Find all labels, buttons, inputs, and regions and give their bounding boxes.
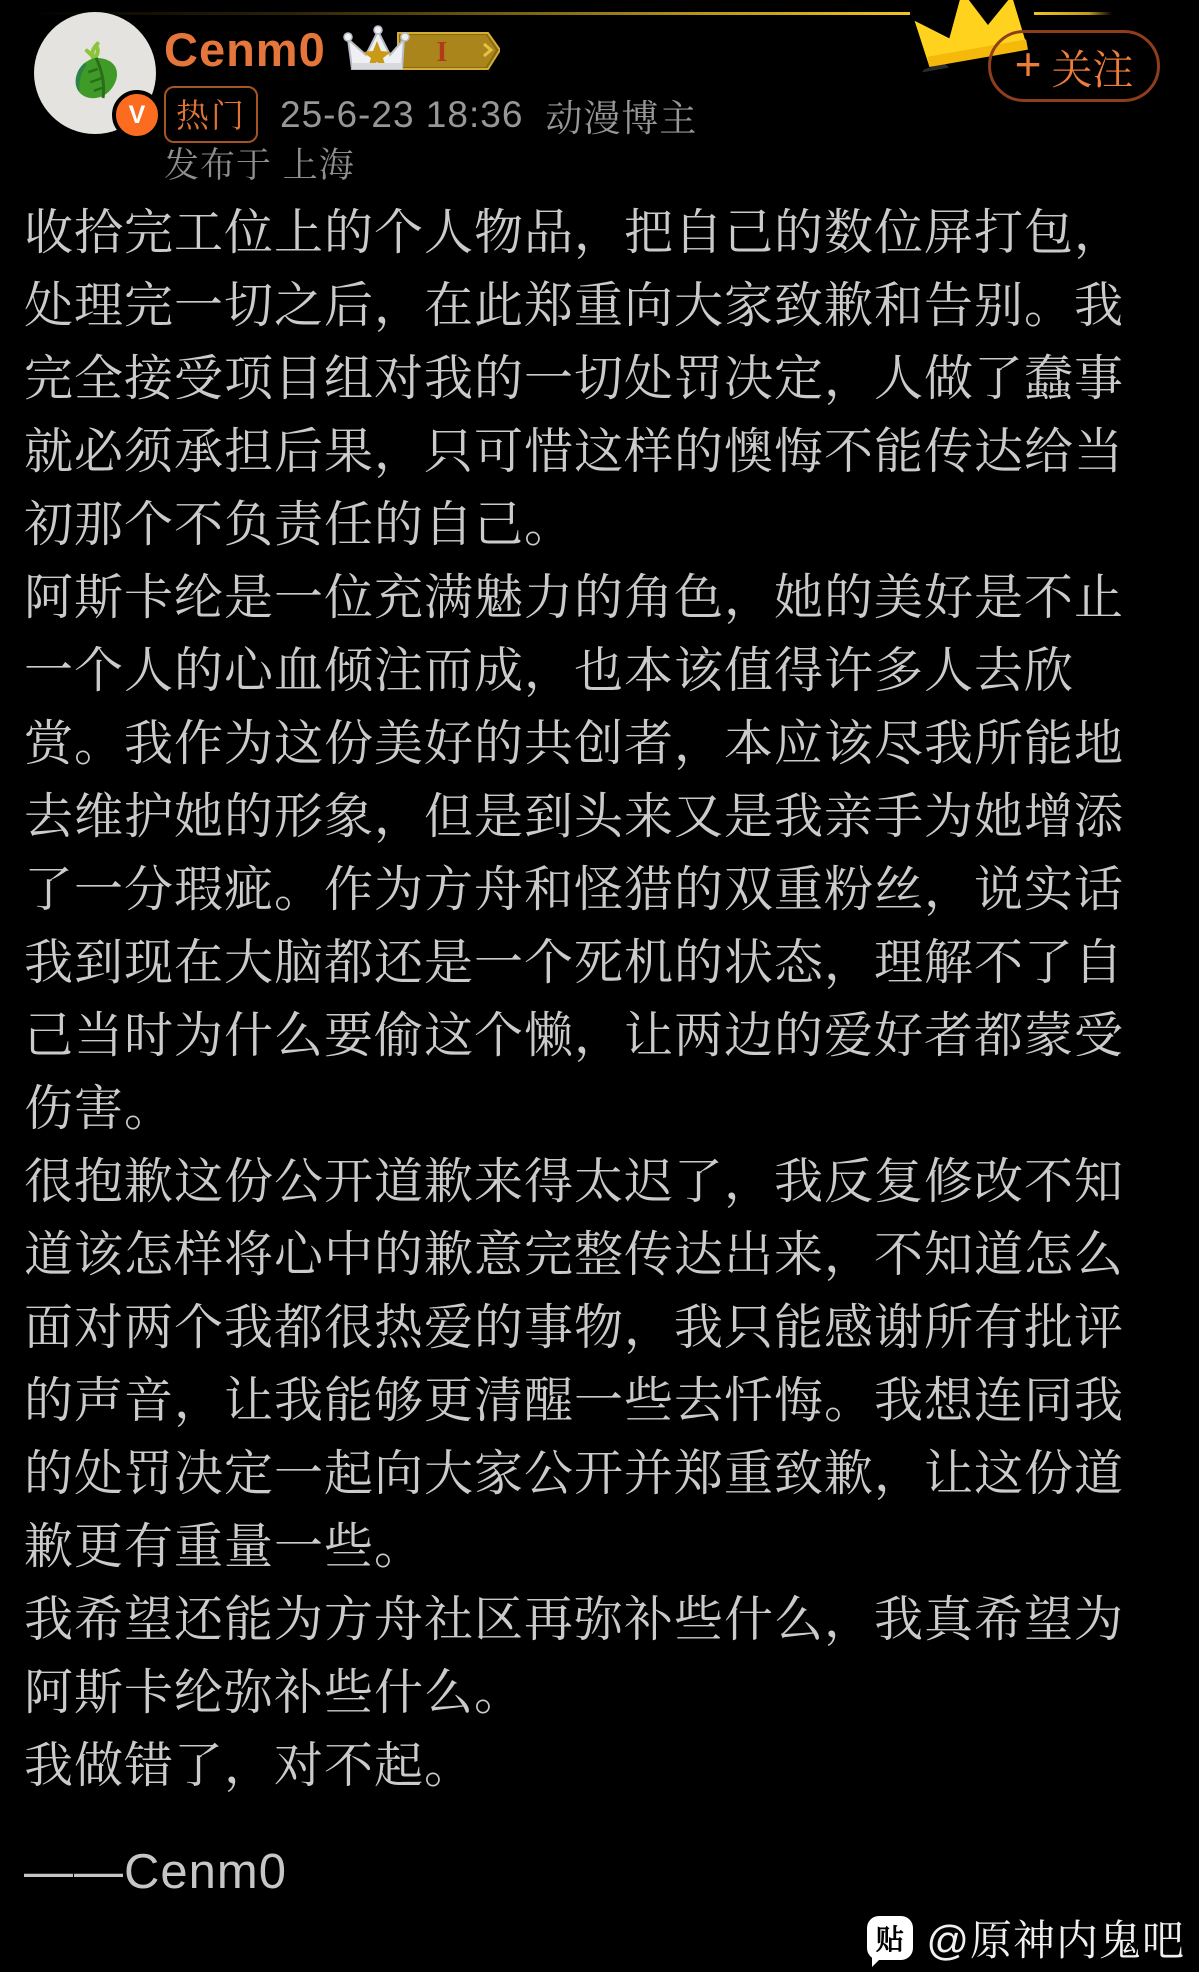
verified-badge: V <box>112 90 162 140</box>
svg-text:I: I <box>436 37 447 68</box>
gold-divider-line-left <box>28 12 910 15</box>
vip-crown-badge[interactable]: I <box>342 25 500 75</box>
post-line: 阿斯卡纶弥补些什么。 <box>24 1657 1179 1730</box>
username[interactable]: Cenm0 <box>164 22 326 77</box>
watermark-handle: @原神内鬼吧 <box>926 1908 1185 1968</box>
post-line: 的声音，让我能够更清醒一些去忏悔。我想连同我 <box>24 1365 1179 1438</box>
post-line: 的处罚决定一起向大家公开并郑重致歉，让这份道 <box>24 1438 1179 1511</box>
post-line: 很抱歉这份公开道歉来得太迟了，我反复修改不知 <box>24 1146 1179 1219</box>
post-line: 阿斯卡纶是一位充满魅力的角色，她的美好是不止 <box>24 562 1179 635</box>
post-timestamp: 25-6-23 18:36 <box>280 94 523 136</box>
post-line: 收拾完工位上的个人物品，把自己的数位屏打包， <box>24 197 1179 270</box>
post-line: 去维护她的形象，但是到头来又是我亲手为她增添 <box>24 781 1179 854</box>
post-line: 处理完一切之后，在此郑重向大家致歉和告别。我 <box>24 270 1179 343</box>
gold-divider-line-right <box>1034 12 1112 15</box>
post-line: 一个人的心血倾注而成，也本该值得许多人去欣 <box>24 635 1179 708</box>
post-line: 我希望还能为方舟社区再弥补些什么，我真希望为 <box>24 1584 1179 1657</box>
post-line: 完全接受项目组对我的一切处罚决定，人做了蠢事 <box>24 343 1179 416</box>
post-location[interactable]: 发布于 上海 <box>164 146 355 185</box>
post-line: 了一分瑕疵。作为方舟和怪猎的双重粉丝，说实话 <box>24 854 1179 927</box>
post-line: 歉更有重量一些。 <box>24 1511 1179 1584</box>
post-line: 道该怎样将心中的歉意完整传达出来，不知道怎么 <box>24 1219 1179 1292</box>
watermark: 贴 @原神内鬼吧 <box>867 1908 1185 1968</box>
plus-icon: + <box>1015 41 1042 87</box>
follow-button-label: 关注 <box>1051 37 1133 96</box>
post-line: 就必须承担后果，只可惜这样的懊悔不能传达给当 <box>24 416 1179 489</box>
hot-tag-badge[interactable]: 热门 <box>164 86 258 143</box>
tieba-icon: 贴 <box>867 1916 913 1960</box>
post-line: 面对两个我都很热爱的事物，我只能感谢所有批评 <box>24 1292 1179 1365</box>
post-text: 收拾完工位上的个人物品，把自己的数位屏打包，处理完一切之后，在此郑重向大家致歉和… <box>24 197 1179 1803</box>
post-body: 收拾完工位上的个人物品，把自己的数位屏打包，处理完一切之后，在此郑重向大家致歉和… <box>24 197 1179 1909</box>
post-line: 我做错了，对不起。 <box>24 1730 1179 1803</box>
user-category-label: 动漫博主 <box>545 88 697 142</box>
post-line: 己当时为什么要偷这个懒，让两边的爱好者都蒙受 <box>24 1000 1179 1073</box>
follow-button[interactable]: + 关注 <box>988 30 1160 102</box>
avatar[interactable]: V <box>34 12 156 134</box>
post-line: 赏。我作为这份美好的共创者，本应该尽我所能地 <box>24 708 1179 781</box>
post-line: 初那个不负责任的自己。 <box>24 489 1179 562</box>
post-signature: ——Cenm0 <box>24 1836 1179 1909</box>
post-line: 伤害。 <box>24 1073 1179 1146</box>
post-line: 我到现在大脑都还是一个死机的状态，理解不了自 <box>24 927 1179 1000</box>
